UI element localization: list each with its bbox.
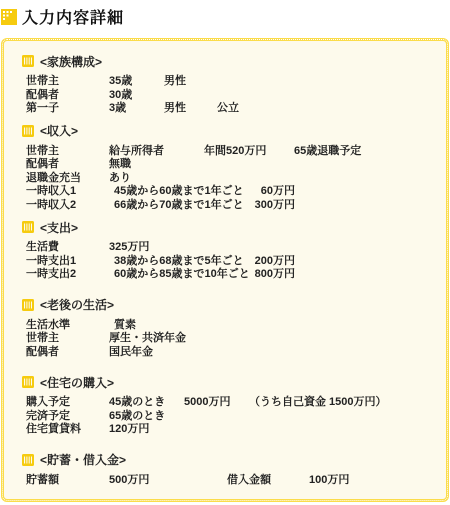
section-heading-family: <家族構成> bbox=[22, 54, 432, 68]
table-row: 世帯主 厚生・共済年金 bbox=[26, 332, 432, 346]
section-title: <老後の生活> bbox=[40, 296, 114, 313]
row-label: 貯蓄額 bbox=[26, 474, 59, 488]
row-amount: 200万円 bbox=[205, 255, 295, 269]
row-value: 30歳 bbox=[109, 89, 132, 103]
row-value: 無職 bbox=[109, 158, 131, 172]
row-amount: 300万円 bbox=[205, 199, 295, 213]
row-label: 第一子 bbox=[26, 102, 59, 116]
row-value: 男性 bbox=[164, 75, 186, 89]
table-row: 世帯主 給与所得者 年間520万円 65歳退職予定 bbox=[26, 145, 432, 159]
row-value: 質素 bbox=[114, 319, 136, 333]
section-expenses: <支出> 生活費 325万円 一時支出1 38歳から68歳まで5年ごと 200万… bbox=[22, 220, 432, 282]
section-heading-housing: <住宅の購入> bbox=[22, 375, 432, 389]
table-row: 一時収入2 66歳から70歳まで1年ごと 300万円 bbox=[26, 199, 432, 213]
section-title: <支出> bbox=[40, 219, 78, 236]
row-value: 厚生・共済年金 bbox=[109, 332, 186, 346]
yellow-list-icon bbox=[22, 125, 34, 137]
table-row: 退職金充当 あり bbox=[26, 172, 432, 186]
yellow-list-icon bbox=[22, 376, 34, 388]
row-label: 完済予定 bbox=[26, 410, 70, 424]
row-label: 世帯主 bbox=[26, 75, 59, 89]
table-row: 完済予定 65歳のとき bbox=[26, 410, 432, 424]
yellow-list-icon bbox=[22, 221, 34, 233]
row-label: 配偶者 bbox=[26, 346, 59, 360]
section-title: <住宅の購入> bbox=[40, 374, 114, 391]
row-label: 一時支出2 bbox=[26, 268, 76, 282]
row-value: 65歳のとき bbox=[109, 410, 165, 424]
row-label: 一時収入2 bbox=[26, 199, 76, 213]
row-label: 一時支出1 bbox=[26, 255, 76, 269]
row-value: 65歳退職予定 bbox=[294, 145, 361, 159]
section-title: <家族構成> bbox=[40, 53, 102, 70]
row-label: 世帯主 bbox=[26, 145, 59, 159]
section-heading-savings: <貯蓄・借入金> bbox=[22, 453, 432, 467]
page-title-bar: 入力内容詳細 bbox=[0, 5, 450, 28]
table-row: 生活費 325万円 bbox=[26, 241, 432, 255]
table-row: 貯蓄額 500万円 借入金額 100万円 bbox=[26, 474, 432, 488]
row-label: 退職金充当 bbox=[26, 172, 81, 186]
row-value: 45歳のとき bbox=[109, 396, 165, 410]
row-amount: 800万円 bbox=[205, 268, 295, 282]
table-row: 世帯主 35歳 男性 bbox=[26, 75, 432, 89]
row-value: 35歳 bbox=[109, 75, 132, 89]
table-row: 一時支出1 38歳から68歳まで5年ごと 200万円 bbox=[26, 255, 432, 269]
table-row: 第一子 3歳 男性 公立 bbox=[26, 102, 432, 116]
row-label: 生活費 bbox=[26, 241, 59, 255]
row-label: 住宅賃貸料 bbox=[26, 423, 81, 437]
section-heading-retirement: <老後の生活> bbox=[22, 298, 432, 312]
section-income: <収入> 世帯主 給与所得者 年間520万円 65歳退職予定 配偶者 無職 退職… bbox=[22, 124, 432, 213]
section-housing: <住宅の購入> 購入予定 45歳のとき 5000万円 （うち自己資金 1500万… bbox=[22, 375, 432, 437]
section-family: <家族構成> 世帯主 35歳 男性 配偶者 30歳 第一子 3歳 男性 公立 bbox=[22, 54, 432, 116]
yellow-square-dots-icon bbox=[1, 9, 17, 25]
table-row: 購入予定 45歳のとき 5000万円 （うち自己資金 1500万円） bbox=[26, 396, 432, 410]
section-retirement: <老後の生活> 生活水準 質素 世帯主 厚生・共済年金 配偶者 国民年金 bbox=[22, 298, 432, 360]
row-value: 国民年金 bbox=[109, 346, 153, 360]
row-label: 生活水準 bbox=[26, 319, 70, 333]
yellow-list-icon bbox=[22, 55, 34, 67]
section-title: <収入> bbox=[40, 122, 78, 139]
section-savings: <貯蓄・借入金> 貯蓄額 500万円 借入金額 100万円 bbox=[22, 453, 432, 488]
row-label: 一時収入1 bbox=[26, 185, 76, 199]
section-heading-expenses: <支出> bbox=[22, 220, 432, 234]
row-value: 120万円 bbox=[109, 423, 149, 437]
row-label: 借入金額 bbox=[227, 474, 271, 488]
row-label: 購入予定 bbox=[26, 396, 70, 410]
row-value: あり bbox=[109, 172, 131, 186]
row-amount: 60万円 bbox=[205, 185, 295, 199]
row-value: （うち自己資金 1500万円） bbox=[249, 396, 387, 410]
row-label: 世帯主 bbox=[26, 332, 59, 346]
row-label: 配偶者 bbox=[26, 89, 59, 103]
row-value: 325万円 bbox=[109, 241, 149, 255]
section-title: <貯蓄・借入金> bbox=[40, 451, 126, 468]
table-row: 生活水準 質素 bbox=[26, 319, 432, 333]
row-value: 3歳 bbox=[109, 102, 126, 116]
yellow-list-icon bbox=[22, 454, 34, 466]
row-value: 500万円 bbox=[109, 474, 149, 488]
table-row: 配偶者 30歳 bbox=[26, 89, 432, 103]
row-value: 100万円 bbox=[309, 474, 349, 488]
table-row: 配偶者 国民年金 bbox=[26, 346, 432, 360]
row-value: 5000万円 bbox=[184, 396, 230, 410]
table-row: 一時支出2 60歳から85歳まで10年ごと 800万円 bbox=[26, 268, 432, 282]
table-row: 一時収入1 45歳から60歳まで1年ごと 60万円 bbox=[26, 185, 432, 199]
yellow-list-icon bbox=[22, 299, 34, 311]
row-label: 配偶者 bbox=[26, 158, 59, 172]
row-value: 年間520万円 bbox=[204, 145, 266, 159]
section-heading-income: <収入> bbox=[22, 124, 432, 138]
row-value: 公立 bbox=[217, 102, 239, 116]
table-row: 住宅賃貸料 120万円 bbox=[26, 423, 432, 437]
row-value: 男性 bbox=[164, 102, 186, 116]
input-details-panel: <家族構成> 世帯主 35歳 男性 配偶者 30歳 第一子 3歳 男性 公立 bbox=[1, 38, 449, 502]
row-value: 給与所得者 bbox=[109, 145, 164, 159]
page-title: 入力内容詳細 bbox=[22, 5, 124, 28]
table-row: 配偶者 無職 bbox=[26, 158, 432, 172]
